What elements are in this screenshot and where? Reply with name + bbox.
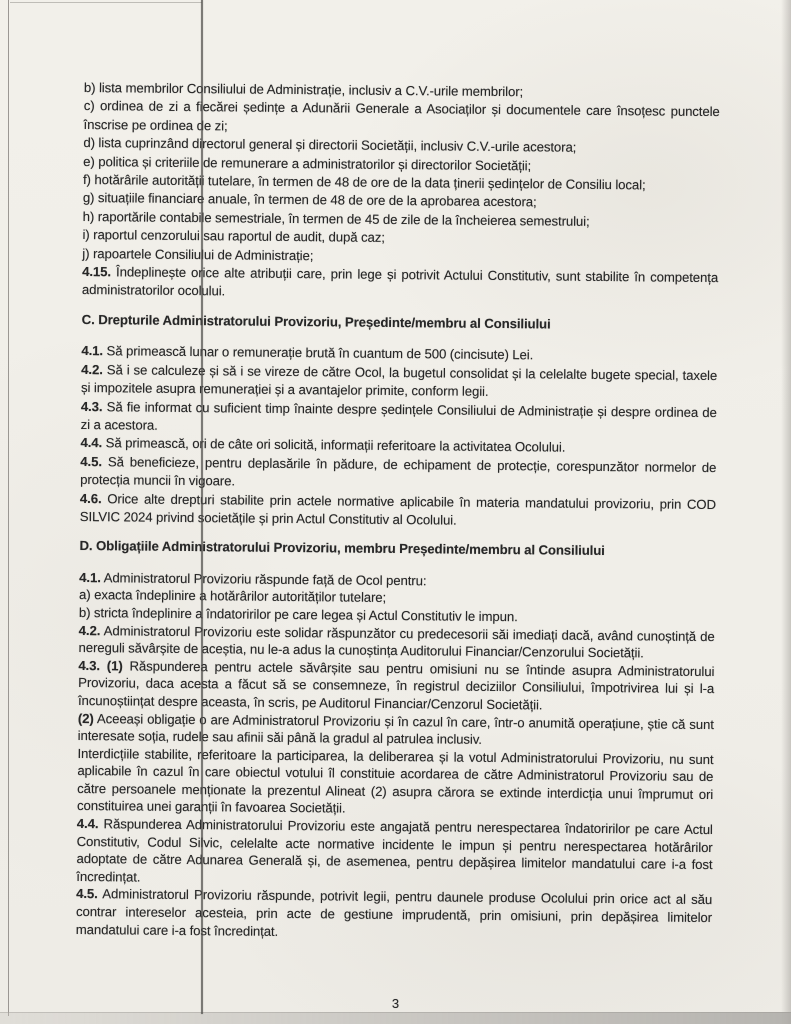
scan-left-edge — [8, 0, 9, 1016]
clause-number: 4.6. — [80, 491, 102, 506]
clause-c-4-3: 4.3. Să fie informat cu suficient timp î… — [81, 397, 717, 440]
item-text: b) lista membrilor Consiliului de Admini… — [84, 80, 523, 99]
page-number: 3 — [0, 996, 791, 1011]
item-text: j) rapoartele Consiliului de Administraț… — [82, 246, 313, 263]
item-text: g) situațiile financiare anuale, în term… — [83, 190, 537, 209]
item-text: i) raportul cenzorului sau raportul de a… — [82, 227, 385, 245]
scanned-document-page: b) lista membrilor Consiliului de Admini… — [0, 0, 791, 1024]
clause-d-4-2: 4.2. Administratorul Provizoriu este sol… — [78, 622, 714, 663]
clause-text: Să primească, ori de câte ori solicită, … — [106, 436, 566, 455]
scan-top-edge — [10, 2, 202, 3]
clause-number: 4.4. — [77, 816, 99, 831]
clause-d-4-3-al2: (2) Aceeași obligație o are Administrato… — [78, 709, 714, 750]
clause-text: Să primească lunar o remunerație brută î… — [107, 344, 534, 363]
clause-number: (2) — [78, 710, 94, 725]
clause-text: Răspunderea pentru actele săvârșite sau … — [78, 658, 714, 712]
clause-number: 4.3. (1) — [78, 658, 122, 673]
clause-number: 4.1. — [81, 343, 103, 358]
item-text: c) ordinea de zi a fiecărei ședințe a Ad… — [83, 98, 719, 133]
clause-text: Orice alte drepturi stabilite prin actel… — [80, 491, 716, 528]
clause-d-4-4: 4.4. Răspunderea Administratorului Provi… — [76, 815, 713, 891]
clause-number: 4.5. — [80, 454, 102, 469]
section-d-heading: D. Obligațiile Administratorului Provizo… — [79, 537, 715, 562]
clause-text: Interdicțiile stabilite, referitoare la … — [77, 746, 714, 816]
clause-c-4-5: 4.5. Să beneficieze, pentru deplasările … — [80, 453, 716, 496]
clause-number: 4.4. — [80, 435, 102, 450]
clause-d-4-3-al1: 4.3. (1) Răspunderea pentru actele săvâr… — [78, 657, 714, 716]
clause-number: 4.2. — [81, 362, 103, 377]
clause-number: 4.2. — [79, 623, 101, 638]
clause-d-4-5: 4.5. Administratorul Provizoriu răspunde… — [76, 885, 712, 944]
clause-text: Răspunderea Administratorului Provizoriu… — [76, 816, 713, 884]
section-d-body: 4.1. Administratorul Provizoriu răspunde… — [76, 569, 716, 945]
clause-text: Administratorul Provizoriu răspunde față… — [104, 570, 427, 588]
item-text: d) lista cuprinzând directorul general ș… — [83, 135, 576, 155]
clause-number: 4.1. — [79, 570, 101, 585]
clause-text: Administratorul Provizoriu este solidar … — [78, 623, 714, 661]
clause-number: 4.3. — [81, 398, 103, 413]
clause-text: Să fie informat cu suficient timp înaint… — [81, 399, 717, 433]
list-item-c: c) ordinea de zi a fiecărei ședințe a Ad… — [83, 97, 719, 140]
clause-c-4-2: 4.2. Să i se calculeze și să i se vireze… — [81, 361, 717, 404]
item-text: e) politica și criteriile de remunerare … — [83, 154, 531, 173]
clause-text: Să beneficieze, pentru deplasările în pă… — [80, 454, 716, 489]
item-text: h) raportările contabile semestriale, în… — [83, 209, 590, 229]
section-c-heading: C. Drepturile Administratorului Provizor… — [82, 311, 718, 336]
scan-fold-line — [201, 0, 203, 1014]
clause-d-interdictii: Interdicțiile stabilite, referitoare la … — [77, 745, 714, 821]
document-body: b) lista membrilor Consiliului de Admini… — [76, 79, 720, 944]
item-text: b) stricta îndeplinire a îndatoririlor p… — [79, 605, 518, 624]
item-text: a) exacta îndeplinire a hotărârilor auto… — [79, 587, 386, 605]
clause-4-15: 4.15. Îndeplinește orice alte atribuții … — [82, 263, 718, 306]
clause-number: 4.15. — [82, 264, 111, 279]
scan-bottom-edge — [0, 1012, 791, 1024]
clause-text: Administratorul Provizoriu răspunde, pot… — [76, 887, 712, 939]
clause-text: Aceeași obligație o are Administratorul … — [78, 711, 714, 747]
clause-text: Îndeplinește orice alte atribuții care, … — [82, 264, 718, 298]
clause-text: Să i se calculeze și să i se vireze de c… — [81, 362, 717, 399]
clause-number: 4.5. — [76, 886, 98, 901]
scan-right-edge — [781, 0, 791, 1024]
clause-c-4-6: 4.6. Orice alte drepturi stabilite prin … — [80, 490, 716, 533]
